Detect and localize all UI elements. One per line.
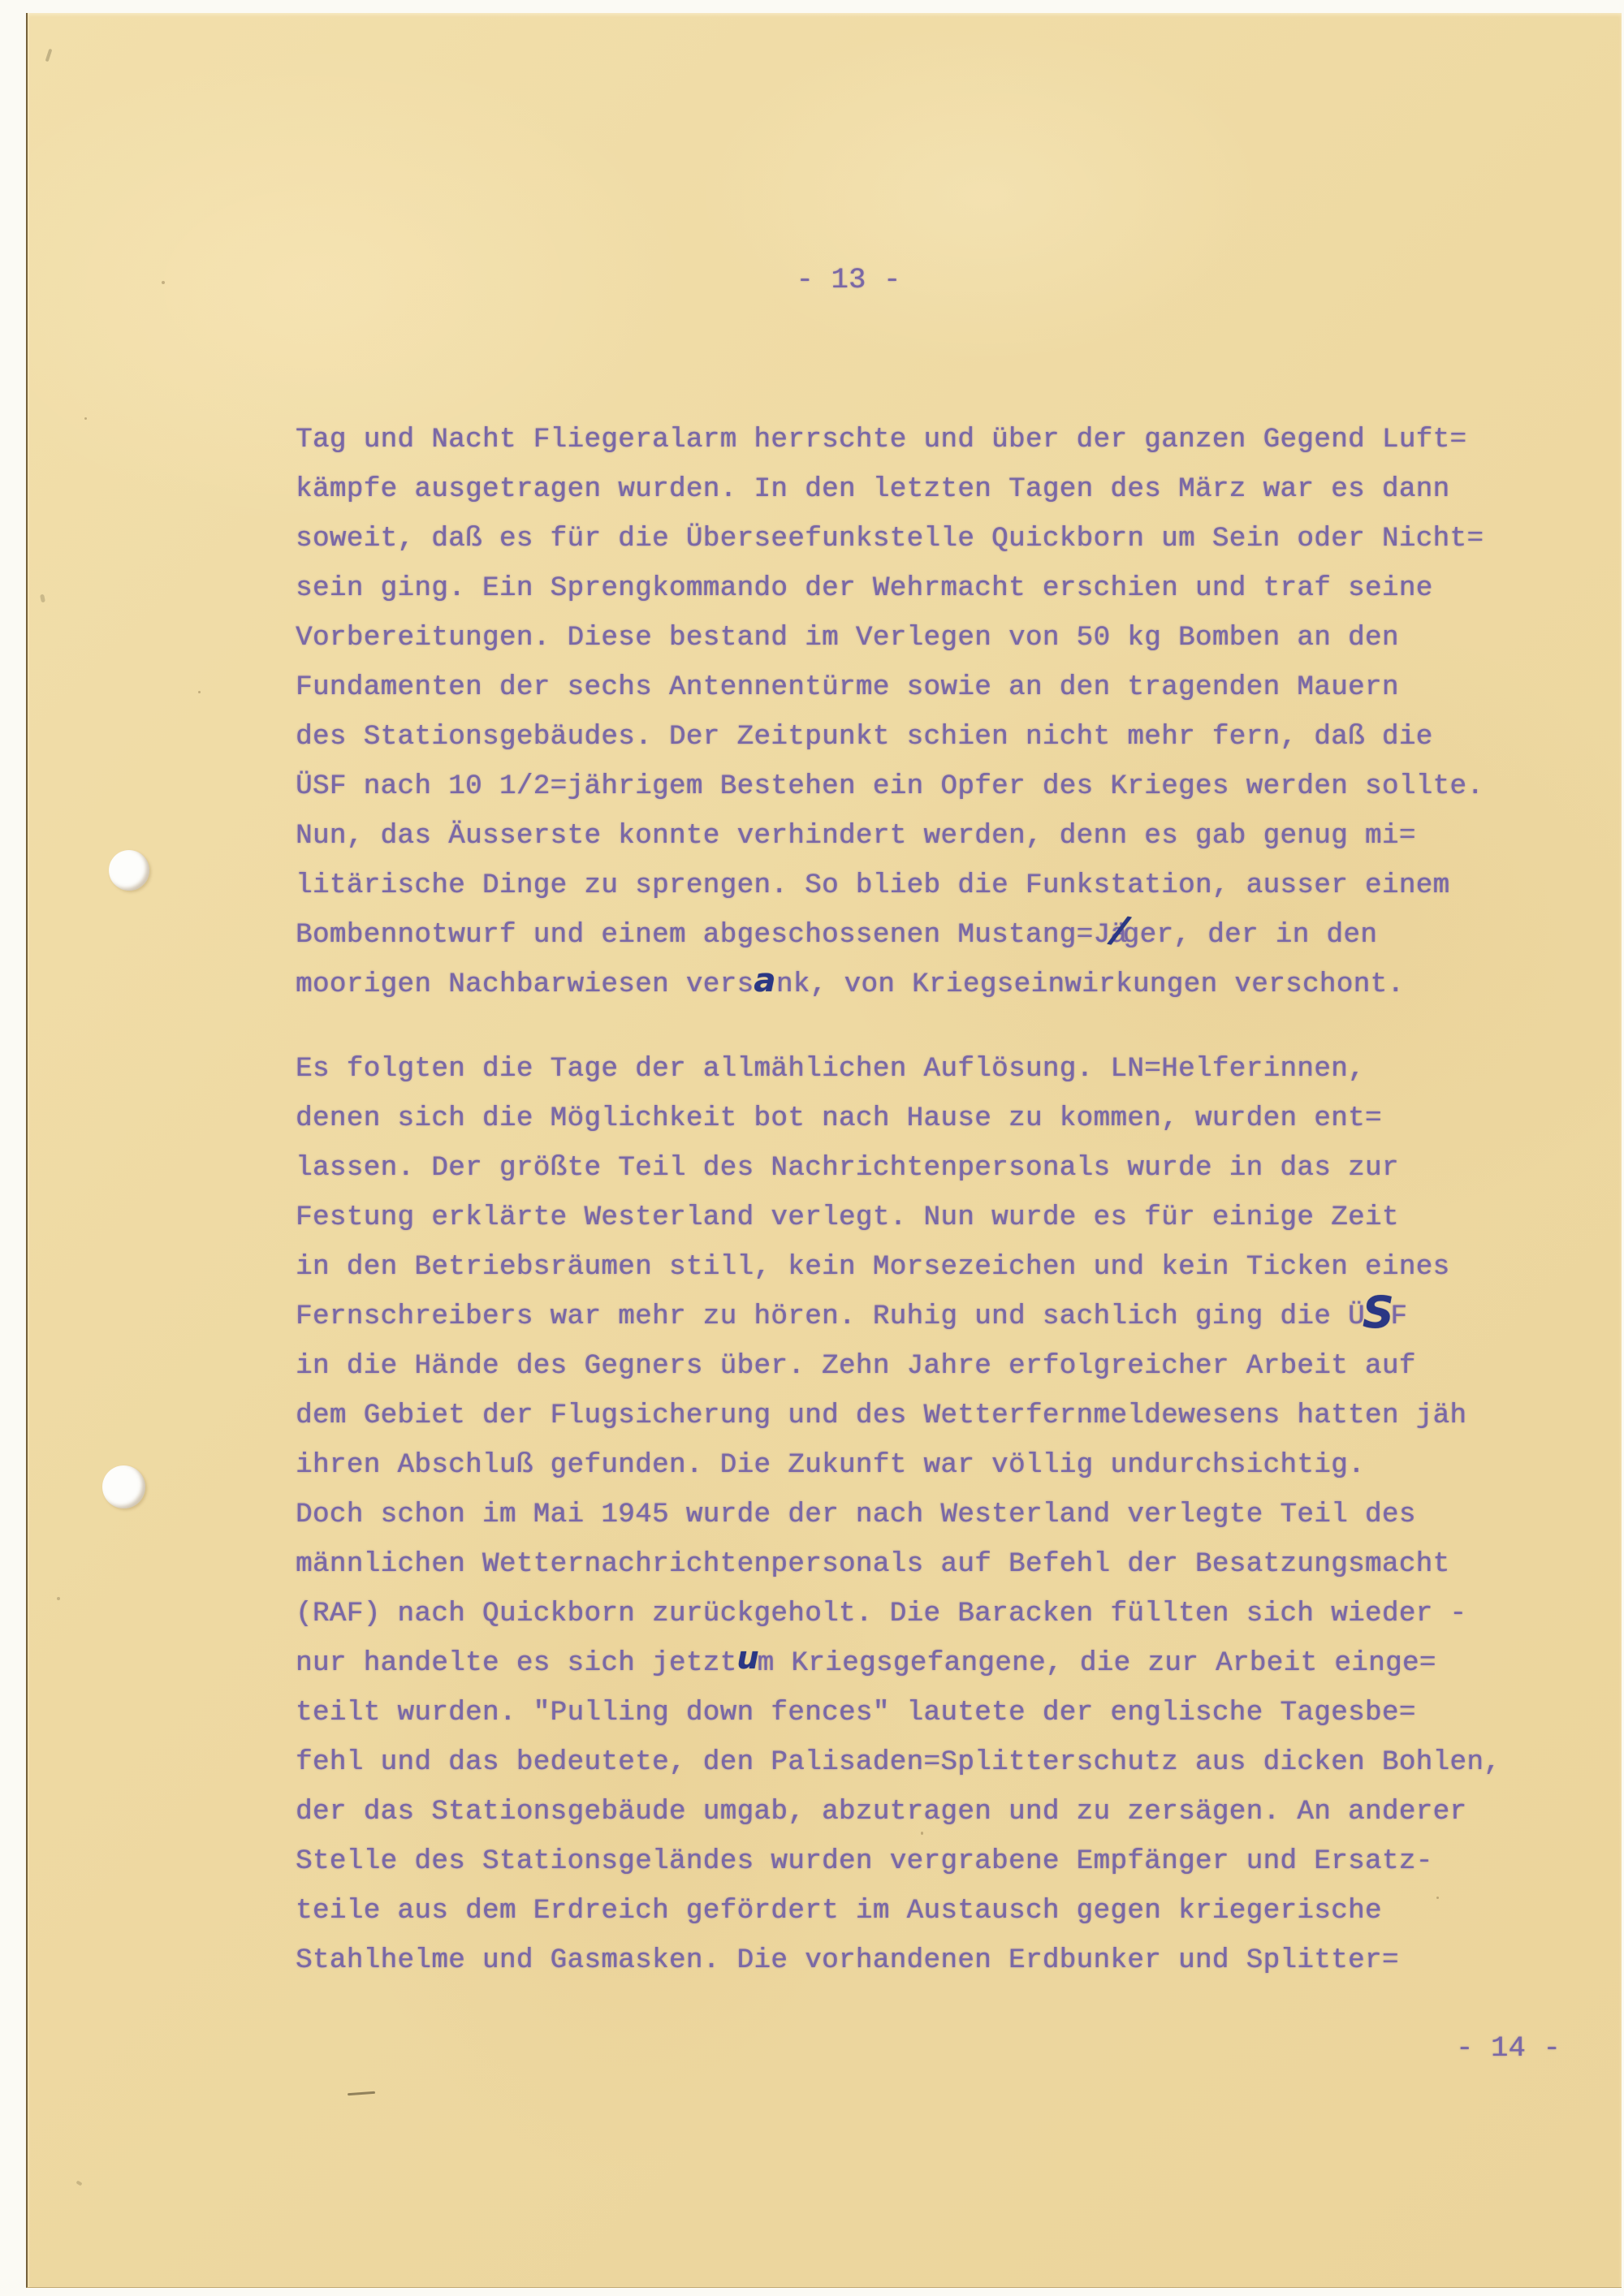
text-line: nur handelte es sich jetztum Kriegsgefan… <box>296 1639 1579 1689</box>
paper-speck <box>1436 1897 1439 1899</box>
typed-text: (RAF) nach Quickborn zurückgeholt. Die B… <box>296 1599 1466 1629</box>
text-line: fehl und das bedeutete, den Palisaden=Sp… <box>296 1738 1579 1788</box>
typed-text: Stahlhelme und Gasmasken. Die vorhandene… <box>296 1945 1399 1976</box>
paragraph: Es folgten die Tage der allmählichen Auf… <box>296 1045 1579 1986</box>
pen-correction: / <box>1113 928 1127 930</box>
typed-text: der das Stationsgebäude umgab, abzutrage… <box>296 1797 1466 1828</box>
text-line: Vorbereitungen. Diese bestand im Verlege… <box>296 614 1579 663</box>
text-line: ihren Abschluß gefunden. Die Zukunft war… <box>296 1441 1579 1491</box>
typed-text: ihren Abschluß gefunden. Die Zukunft war… <box>296 1450 1365 1481</box>
paper-speck <box>198 691 201 693</box>
margin-mark <box>45 49 53 62</box>
typed-text: Es folgten die Tage der allmählichen Auf… <box>296 1054 1365 1085</box>
text-line: Tag und Nacht Fliegeralarm herrschte und… <box>296 416 1579 465</box>
text-line: des Stationsgebäudes. Der Zeitpunkt schi… <box>296 713 1579 762</box>
typed-text: ÜSF nach 10 1/2=jährigem Bestehen ein Op… <box>296 771 1484 802</box>
typed-text: teilt wurden. "Pulling down fences" laut… <box>296 1698 1416 1728</box>
typed-text: Bombennotwurf und einem abgeschossenen M… <box>296 920 1127 951</box>
typed-text: fehl und das bedeutete, den Palisaden=Sp… <box>296 1747 1501 1778</box>
typed-text: m Kriegsgefangene, die zur Arbeit einge= <box>758 1648 1436 1679</box>
typed-text: nur handelte es sich jetzt <box>296 1648 737 1679</box>
text-line: Bombennotwurf und einem abgeschossenen M… <box>296 911 1579 960</box>
typed-text: denen sich die Möglichkeit bot nach Haus… <box>296 1103 1382 1134</box>
paragraph: Tag und Nacht Fliegeralarm herrschte und… <box>296 416 1579 1010</box>
text-line: denen sich die Möglichkeit bot nach Haus… <box>296 1094 1579 1144</box>
typed-text: Vorbereitungen. Diese bestand im Verlege… <box>296 623 1399 654</box>
margin-mark <box>76 2181 82 2186</box>
typed-text: soweit, daß es für die Überseefunkstelle… <box>296 524 1484 555</box>
hole-punch-top <box>109 850 149 891</box>
paper-speck <box>162 281 165 284</box>
pencil-mark <box>348 2091 375 2095</box>
margin-mark <box>40 594 45 603</box>
typed-text: Stelle des Stationsgeländes wurden vergr… <box>296 1846 1433 1877</box>
text-line: litärische Dinge zu sprengen. So blieb d… <box>296 861 1579 911</box>
typed-text: Festung erklärte Westerland verlegt. Nun… <box>296 1202 1399 1233</box>
text-line: Es folgten die Tage der allmählichen Auf… <box>296 1045 1579 1094</box>
text-line: Doch schon im Mai 1945 wurde der nach We… <box>296 1491 1579 1540</box>
text-line: soweit, daß es für die Überseefunkstelle… <box>296 515 1579 564</box>
paper-speck <box>921 1832 923 1835</box>
text-line: kämpfe ausgetragen wurden. In den letzte… <box>296 465 1579 515</box>
pen-correction: u <box>737 1640 758 1676</box>
typed-text: ger, der in den <box>1123 920 1378 951</box>
paper-sheet: - 13 - Tag und Nacht Fliegeralarm herrsc… <box>26 13 1622 2288</box>
document-text: Tag und Nacht Fliegeralarm herrschte und… <box>296 416 1579 1986</box>
typed-text: Nun, das Äusserste konnte verhindert wer… <box>296 821 1416 852</box>
scan-background: - 13 - Tag und Nacht Fliegeralarm herrsc… <box>0 0 1624 2296</box>
typed-text: Tag und Nacht Fliegeralarm herrschte und… <box>296 425 1466 455</box>
text-line: ÜSF nach 10 1/2=jährigem Bestehen ein Op… <box>296 762 1579 812</box>
typed-text: nk, von Kriegseinwirkungen verschont. <box>776 969 1404 1000</box>
typed-text: Fernschreibers war mehr zu hören. Ruhig … <box>296 1301 1365 1332</box>
text-line: der das Stationsgebäude umgab, abzutrage… <box>296 1788 1579 1837</box>
typed-text: lassen. Der größte Teil des Nachrichtenp… <box>296 1153 1399 1184</box>
text-line: Nun, das Äusserste konnte verhindert wer… <box>296 812 1579 861</box>
typed-text: in den Betriebsräumen still, kein Morsez… <box>296 1252 1449 1283</box>
typed-text: des Stationsgebäudes. Der Zeitpunkt schi… <box>296 722 1433 753</box>
margin-mark <box>57 1597 60 1600</box>
typed-text: in die Hände des Gegners über. Zehn Jahr… <box>296 1351 1416 1382</box>
text-line: Stelle des Stationsgeländes wurden vergr… <box>296 1837 1579 1887</box>
typed-text: Doch schon im Mai 1945 wurde der nach We… <box>296 1500 1416 1530</box>
text-line: Fundamenten der sechs Antennentürme sowi… <box>296 663 1579 713</box>
text-line: dem Gebiet der Flugsicherung und des Wet… <box>296 1392 1579 1441</box>
text-line: in die Hände des Gegners über. Zehn Jahr… <box>296 1342 1579 1392</box>
typed-text: teile aus dem Erdreich gefördert im Aust… <box>296 1896 1382 1927</box>
typed-text: männlichen Wetternachrichtenpersonals au… <box>296 1549 1449 1580</box>
text-line: teilt wurden. "Pulling down fences" laut… <box>296 1689 1579 1738</box>
text-line: sein ging. Ein Sprengkommando der Wehrma… <box>296 564 1579 614</box>
pen-correction: a <box>754 962 776 999</box>
text-line: lassen. Der größte Teil des Nachrichtenp… <box>296 1144 1579 1193</box>
text-line: (RAF) nach Quickborn zurückgeholt. Die B… <box>296 1590 1579 1639</box>
typed-text: litärische Dinge zu sprengen. So blieb d… <box>296 870 1449 901</box>
typed-text: kämpfe ausgetragen wurden. In den letzte… <box>296 474 1449 505</box>
text-line: Fernschreibers war mehr zu hören. Ruhig … <box>296 1293 1579 1342</box>
page-number-header: - 13 - <box>727 264 970 296</box>
hole-punch-bottom <box>102 1465 145 1508</box>
text-line: Festung erklärte Westerland verlegt. Nun… <box>296 1193 1579 1243</box>
text-line: Stahlhelme und Gasmasken. Die vorhandene… <box>296 1936 1579 1986</box>
paper-speck <box>620 630 623 632</box>
typed-text: sein ging. Ein Sprengkommando der Wehrma… <box>296 573 1433 604</box>
typed-text: moorigen Nachbarwiesen vers <box>296 969 754 1000</box>
typed-text: dem Gebiet der Flugsicherung und des Wet… <box>296 1400 1466 1431</box>
text-line: männlichen Wetternachrichtenpersonals au… <box>296 1540 1579 1590</box>
pen-correction: S <box>1363 1287 1394 1338</box>
text-line: in den Betriebsräumen still, kein Morsez… <box>296 1243 1579 1293</box>
text-line: moorigen Nachbarwiesen versank, von Krie… <box>296 960 1579 1010</box>
text-line: teile aus dem Erdreich gefördert im Aust… <box>296 1887 1579 1936</box>
typed-text: Fundamenten der sechs Antennentürme sowi… <box>296 672 1399 703</box>
paper-speck <box>84 417 87 420</box>
page-number-footer: - 14 - <box>1456 2032 1561 2065</box>
